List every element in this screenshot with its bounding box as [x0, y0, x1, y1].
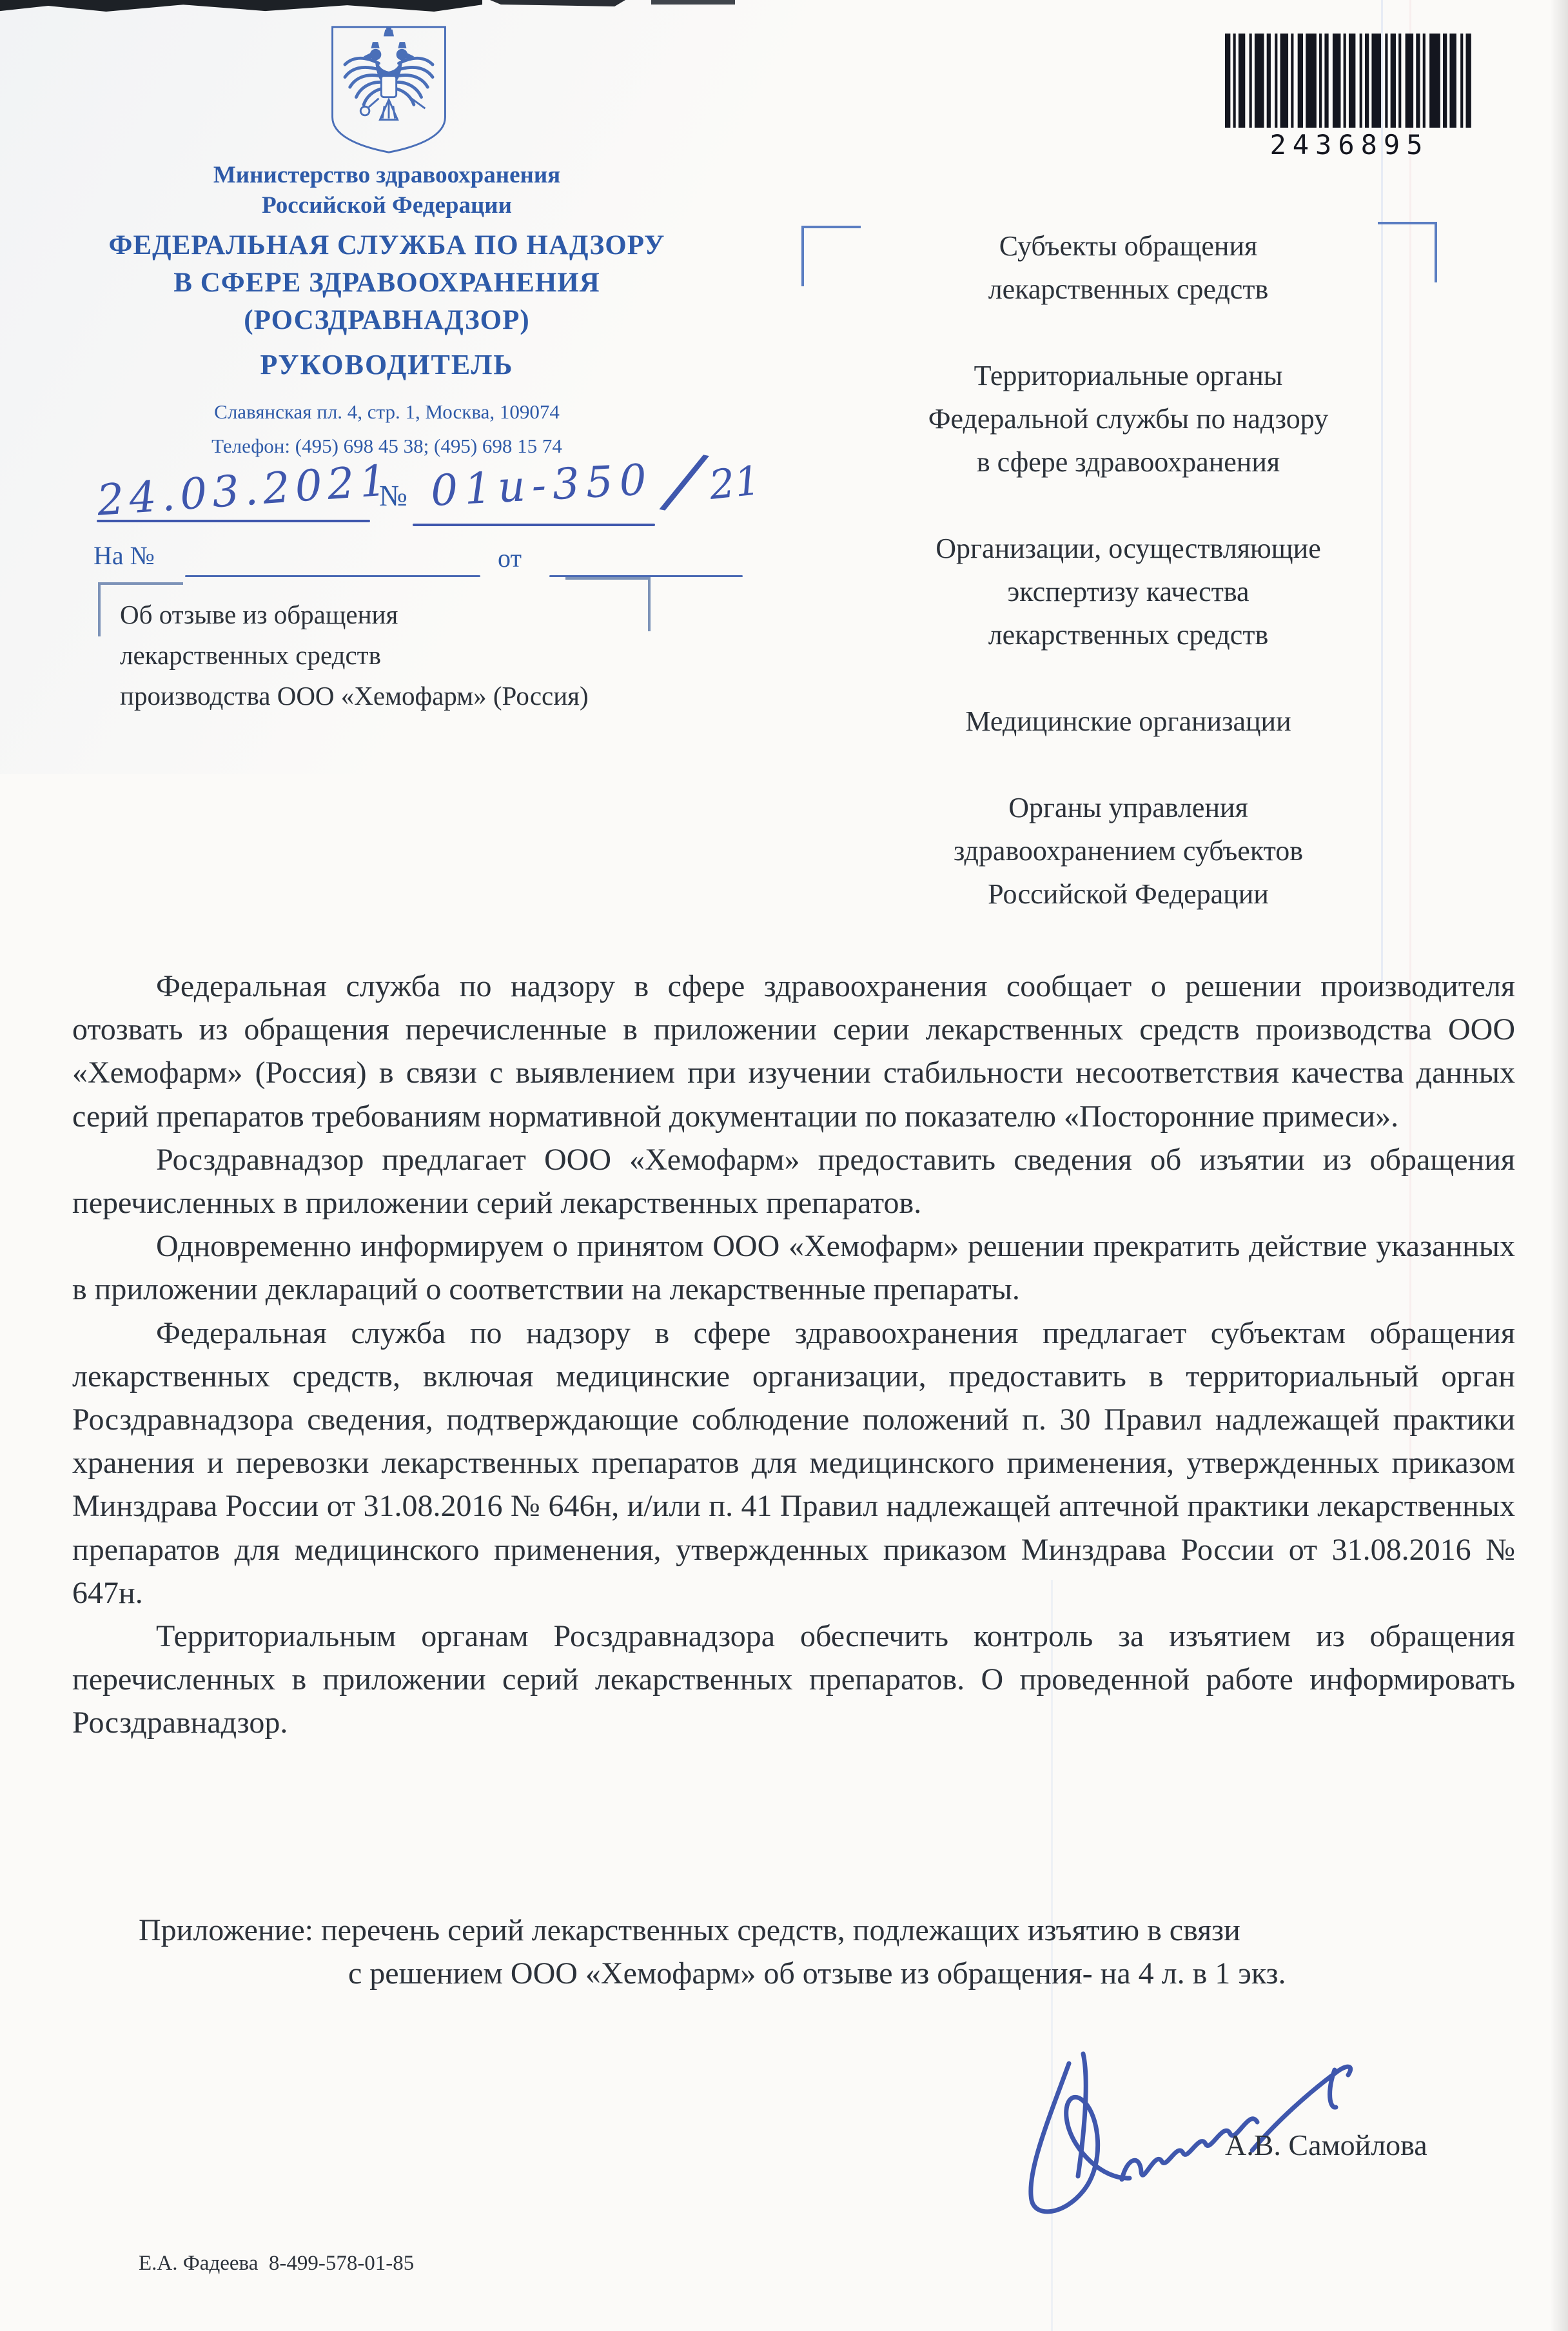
body-paragraph: Одновременно информируем о принятом ООО …	[72, 1225, 1515, 1311]
handwritten-number-suffix: 21	[707, 457, 762, 509]
service-line2: В СФЕРЕ ЗДРАВООХРАНЕНИЯ	[61, 264, 712, 302]
attachment-line2: с решением ООО «Хемофарм» об отзыве из о…	[348, 1956, 1509, 1991]
recipient-line: Медицинские организации	[825, 700, 1431, 743]
body-paragraph: Федеральная служба по надзору в сфере зд…	[72, 965, 1515, 1138]
contact-block: Славянская пл. 4, стр. 1, Москва, 109074…	[71, 395, 703, 463]
recipient-line: Организации, осуществляющие	[825, 527, 1431, 570]
date-underline	[97, 520, 370, 522]
recipient-line: экспертизу качества	[825, 570, 1431, 613]
recipient-group: Территориальные органы Федеральной служб…	[825, 354, 1431, 484]
handwritten-signature	[986, 2025, 1360, 2225]
coat-of-arms-icon	[326, 23, 452, 156]
barcode-bars	[1225, 34, 1474, 128]
ministry-name: Министерство здравоохранения Российской …	[71, 160, 703, 221]
signer-name: А.В. Самойлова	[1225, 2128, 1427, 2162]
letter-body: Федеральная служба по надзору в сфере зд…	[72, 965, 1515, 1745]
recipients-block: Субъекты обращения лекарственных средств…	[825, 224, 1431, 959]
recipient-group: Субъекты обращения лекарственных средств	[825, 224, 1431, 311]
body-paragraph: Федеральная служба по надзору в сфере зд…	[72, 1312, 1515, 1615]
reply-number-blank	[185, 575, 480, 577]
recipient-line: лекарственных средств	[825, 613, 1431, 656]
subject-line3: производства ООО «Хемофарм» (Россия)	[120, 676, 674, 716]
number-sign: №	[379, 478, 407, 513]
subject-line1: Об отзыве из обращения	[120, 595, 674, 635]
reply-to-label: На №	[93, 540, 155, 571]
recipient-group: Органы управления здравоохранением субъе…	[825, 786, 1431, 916]
recipient-line: Российской Федерации	[825, 872, 1431, 916]
scan-artifact-strip	[651, 0, 735, 5]
service-line1: ФЕДЕРАЛЬНАЯ СЛУЖБА ПО НАДЗОРУ	[61, 227, 712, 264]
recipient-line: Федеральной службы по надзору	[825, 397, 1431, 440]
scanned-letter-page: 2436895 Министерство здравоохранения Рос…	[0, 0, 1568, 2331]
recipient-line: Территориальные органы	[825, 354, 1431, 397]
recipient-line: здравоохранением субъектов	[825, 829, 1431, 872]
barcode: 2436895	[1225, 34, 1474, 161]
address-line: Славянская пл. 4, стр. 1, Москва, 109074	[71, 395, 703, 429]
number-underline	[413, 524, 655, 526]
recipient-group: Медицинские организации	[825, 700, 1431, 743]
from-date-label: от	[498, 543, 522, 573]
body-paragraph: Территориальным органам Росздравнадзора …	[72, 1615, 1515, 1745]
subject-line2: лекарственных средств	[120, 635, 674, 676]
ministry-line1: Министерство здравоохранения	[71, 160, 703, 190]
signer-position: РУКОВОДИТЕЛЬ	[71, 348, 703, 381]
service-name: ФЕДЕРАЛЬНАЯ СЛУЖБА ПО НАДЗОРУ В СФЕРЕ ЗД…	[61, 227, 712, 339]
recipient-line: лекарственных средств	[825, 268, 1431, 311]
recipient-line: Органы управления	[825, 786, 1431, 829]
page-edge-shadow	[1550, 0, 1568, 2331]
body-paragraph: Росздравнадзор предлагает ООО «Хемофарм»…	[72, 1138, 1515, 1225]
barcode-number: 2436895	[1225, 129, 1474, 161]
recipient-group: Организации, осуществляющие экспертизу к…	[825, 527, 1431, 656]
ministry-line2: Российской Федерации	[71, 190, 703, 221]
recipient-line: Субъекты обращения	[825, 224, 1431, 268]
service-line3: (РОСЗДРАВНАДЗОР)	[61, 302, 712, 339]
executor-contact: Е.А. Фадеева 8-499-578-01-85	[139, 2252, 414, 2276]
recipient-line: в сфере здравоохранения	[825, 440, 1431, 484]
attachment-line1: Приложение: перечень серий лекарственных…	[139, 1913, 1525, 1948]
subject-block: Об отзыве из обращения лекарственных сре…	[120, 595, 674, 716]
